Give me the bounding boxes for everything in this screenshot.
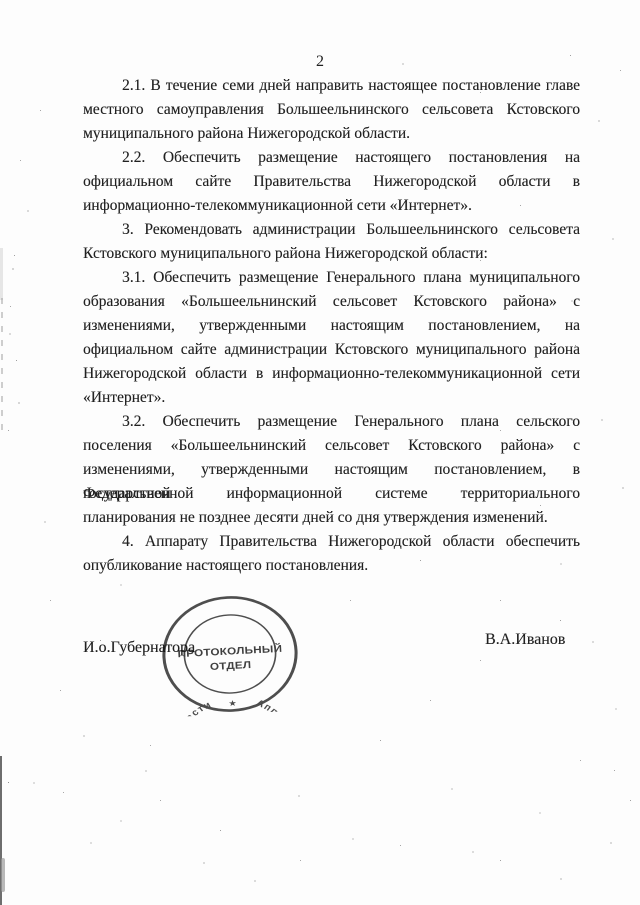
text-line: 3.1. Обеспечить размещение Генерального … xyxy=(83,266,580,290)
text-line: опубликование настоящего постановления. xyxy=(83,554,580,578)
text-line: 3. Рекомендовать администрации Большеель… xyxy=(83,218,580,242)
scan-edge-artifact xyxy=(1,858,5,892)
text-line: официальном сайте администрации Кстовско… xyxy=(83,338,580,362)
scanned-document-page: 2 2.1. В течение семи дней направить нас… xyxy=(0,0,640,905)
text-line: государственной информационной системе т… xyxy=(83,482,580,506)
official-stamp: Аппарат Правительства Нижегородской обла… xyxy=(157,590,303,717)
text-line: информационно-телекоммуникационной сети … xyxy=(83,194,580,218)
document-body: 2.1. В течение семи дней направить насто… xyxy=(83,74,580,578)
stamp-star-icon: ★ xyxy=(228,698,237,708)
text-line: «Интернет». xyxy=(83,386,580,410)
text-line: 2.2. Обеспечить размещение настоящего по… xyxy=(83,146,580,170)
text-line: 2.1. В течение семи дней направить насто… xyxy=(83,74,580,98)
text-line: муниципального района Нижегородской обла… xyxy=(83,122,580,146)
text-line: официальном сайте Правительства Нижегоро… xyxy=(83,170,580,194)
text-line: поселения «Большеельнинский сельсовет Кс… xyxy=(83,434,580,458)
text-line: изменениями, утвержденными настоящим пос… xyxy=(83,314,580,338)
text-line: Нижегородской области в информационно-те… xyxy=(83,362,580,386)
scan-edge-artifact xyxy=(1,298,3,432)
stamp-center-text-line2: ОТДЕЛ xyxy=(210,660,252,673)
text-line: 4. Аппарату Правительства Нижегородской … xyxy=(83,530,580,554)
stamp-center-text-line1: ПРОТОКОЛЬНЫЙ xyxy=(177,643,282,660)
scan-noise xyxy=(0,0,1,1)
text-line: планирования не позднее десяти дней со д… xyxy=(83,506,580,530)
scan-edge-artifact xyxy=(0,248,3,300)
text-line: 3.2. Обеспечить размещение Генерального … xyxy=(83,410,580,434)
text-line: образования «Большеельнинский сельсовет … xyxy=(83,290,580,314)
signature-name: В.А.Иванов xyxy=(485,630,565,650)
text-line: изменениями, утвержденными настоящим пос… xyxy=(83,458,580,482)
text-line: Кстовского муниципального района Нижегор… xyxy=(83,242,580,266)
page-number: 2 xyxy=(0,50,640,74)
text-line: местного самоуправления Большеельнинског… xyxy=(83,98,580,122)
